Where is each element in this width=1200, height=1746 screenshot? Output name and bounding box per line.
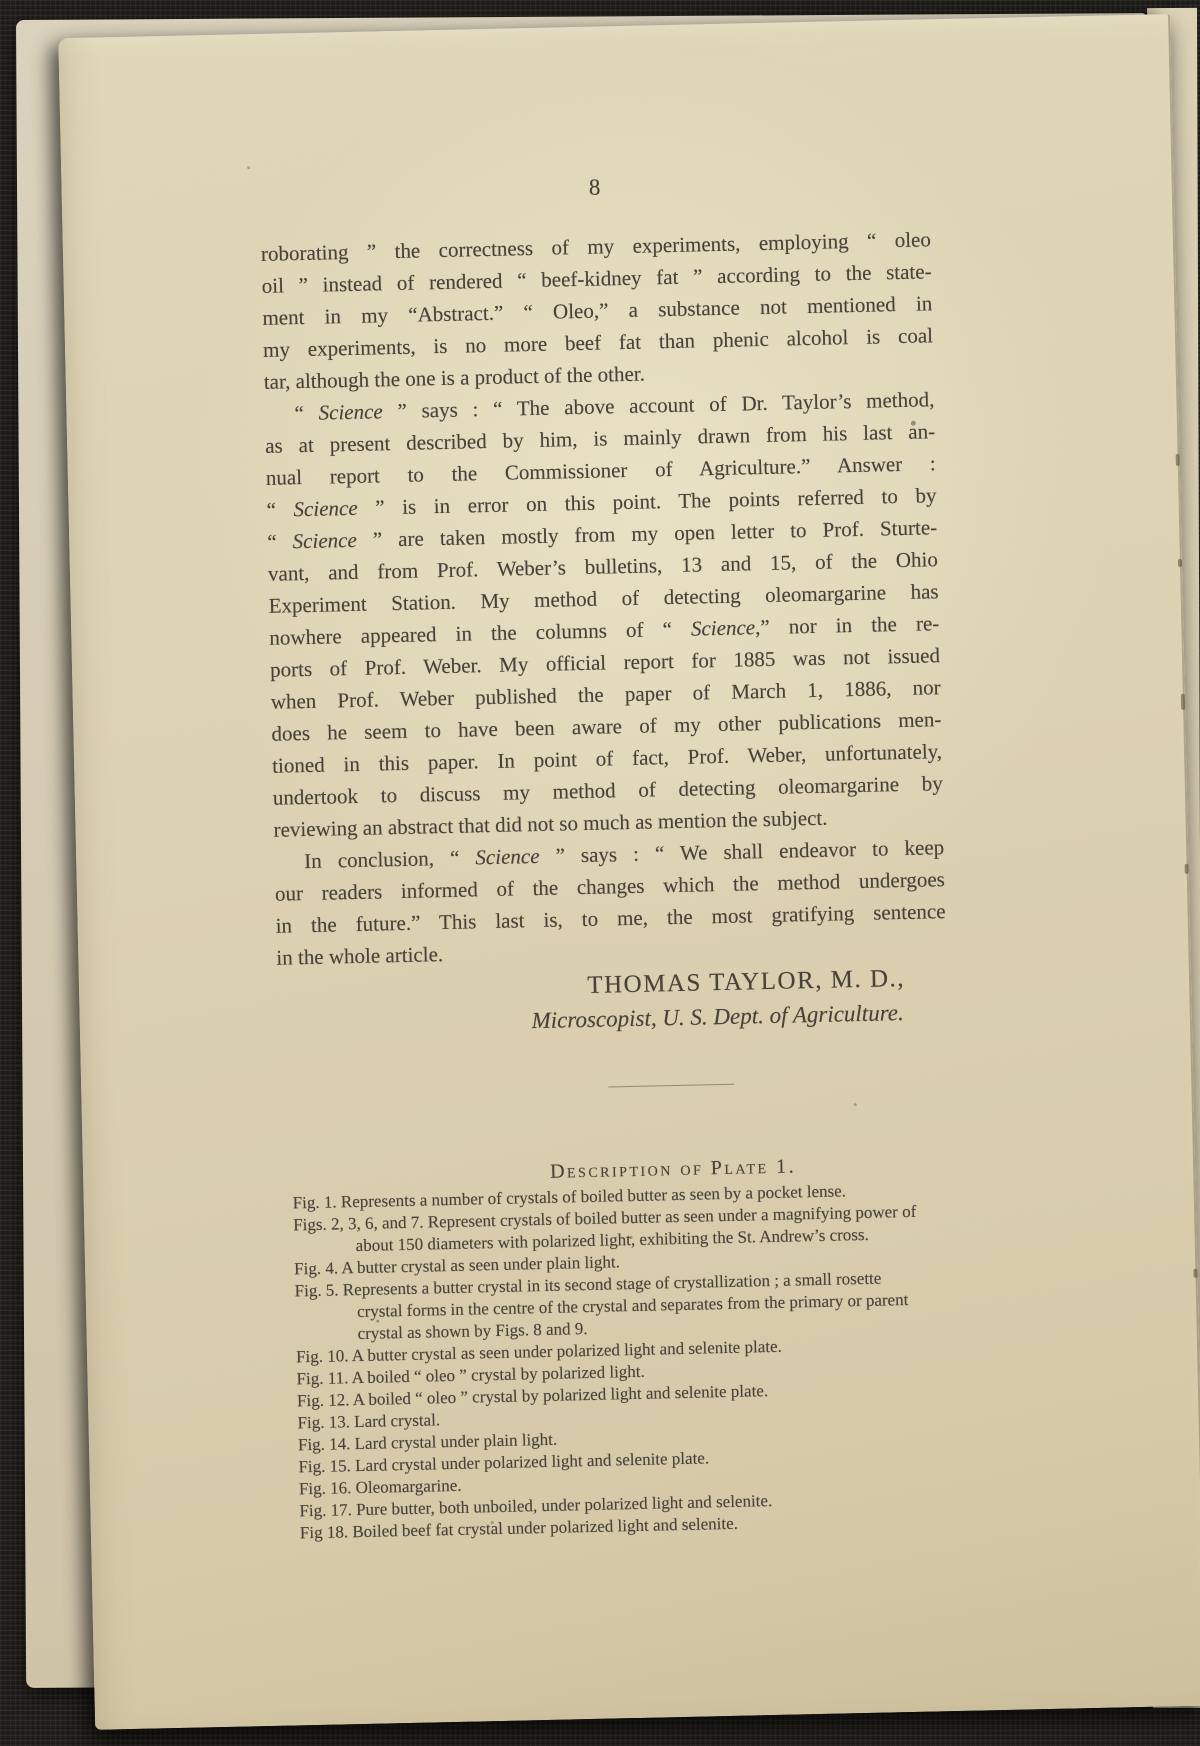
signature-block: THOMAS TAYLOR, M. D., Microscopist, U. S… [277, 961, 948, 1044]
paragraph: In conclusion, “ Science ” says : “ We s… [274, 831, 947, 974]
plate-section: Description of Plate 1. [321, 1077, 1023, 1189]
page-content: 8 roborating ” the correctness of my exp… [58, 14, 1200, 1730]
paragraph: roborating ” the correctness of my exper… [261, 223, 934, 398]
paragraph: “ Science ” says : “ The above account o… [264, 383, 944, 846]
figure-list: Fig. 1. Represents a number of crystals … [292, 1176, 1040, 1544]
body-text: roborating ” the correctness of my exper… [261, 223, 947, 973]
page-sheet: 8 roborating ” the correctness of my exp… [58, 14, 1200, 1730]
divider-rule [608, 1084, 734, 1088]
text-column: 8 roborating ” the correctness of my exp… [259, 165, 948, 1043]
page-number: 8 [259, 165, 929, 210]
scanned-document-view: 8 roborating ” the correctness of my exp… [0, 0, 1200, 1746]
